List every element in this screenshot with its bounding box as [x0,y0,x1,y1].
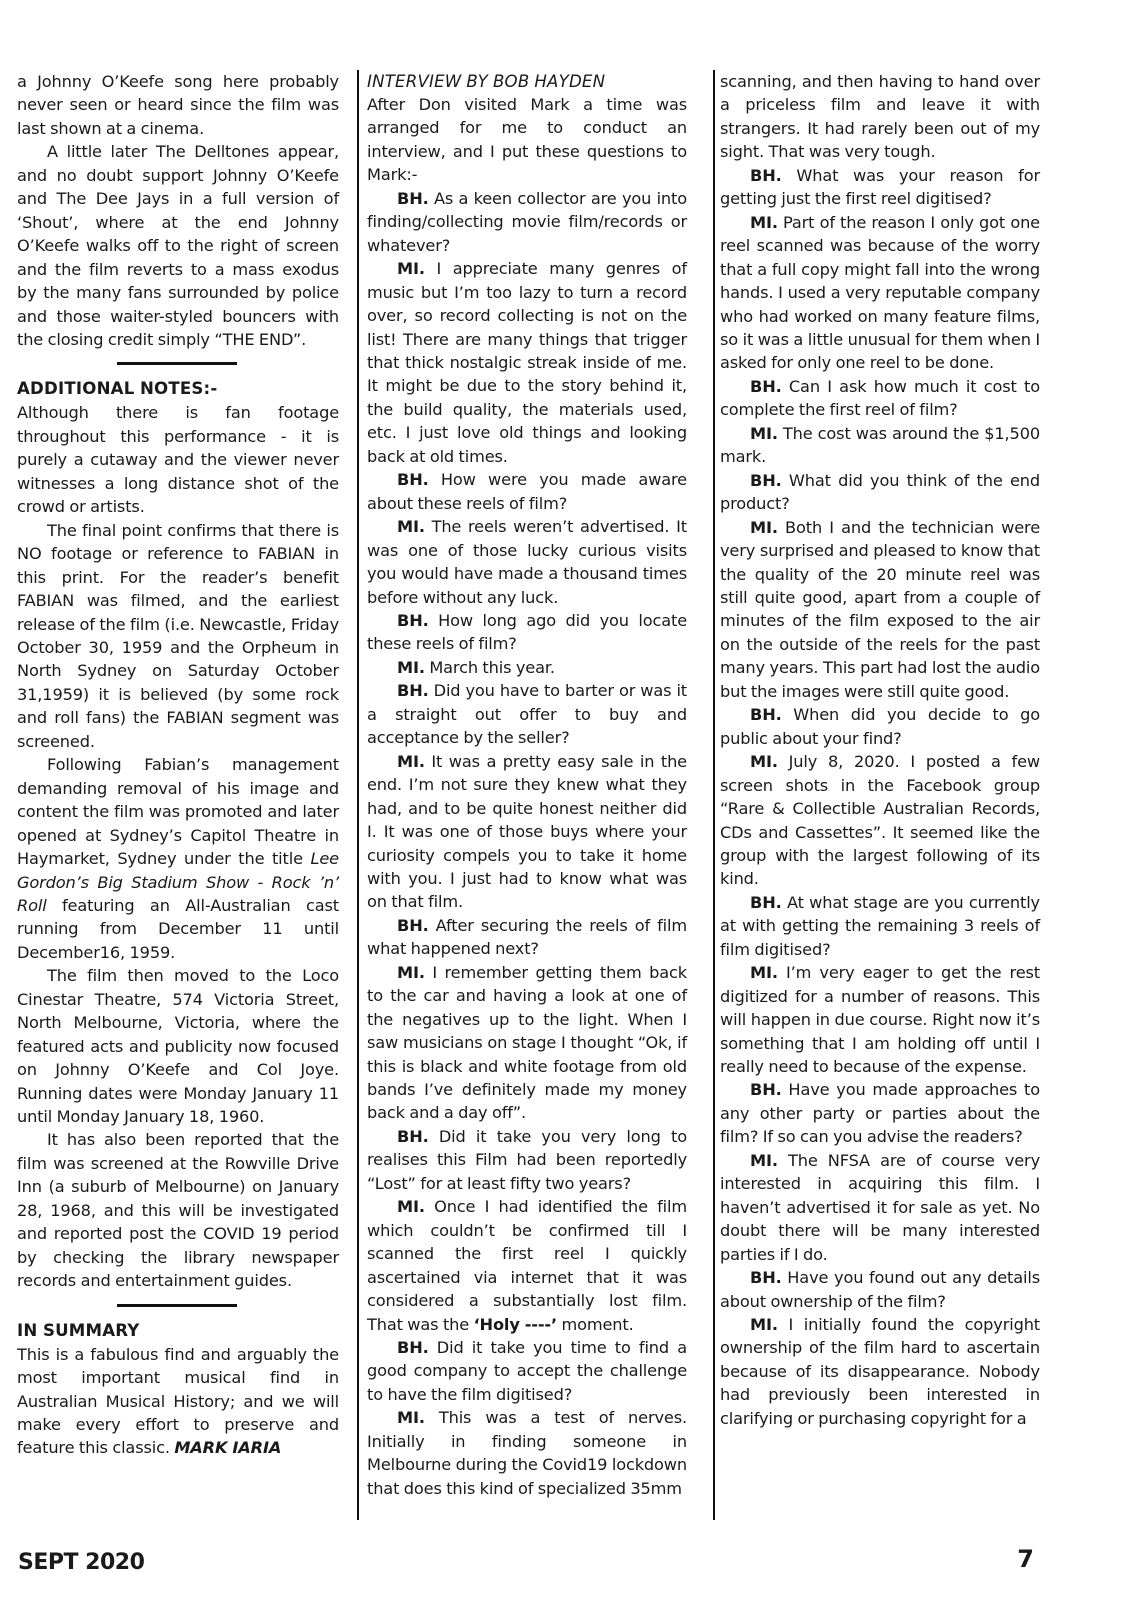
speaker-label: MI. [750,213,778,232]
speaker-label: BH. [397,681,429,700]
paragraph: The final point confirms that there is N… [17,519,339,754]
speaker-label: MI. [397,259,425,278]
paragraph: It has also been reported that the film … [17,1128,339,1292]
speaker-label: MI. [750,424,778,443]
qa-question: BH. As a keen collector are you into fin… [367,187,687,257]
qa-answer: MI. It was a pretty easy sale in the end… [367,750,687,914]
speaker-label: BH. [750,166,782,185]
speaker-label: MI. [750,752,778,771]
speaker-label: BH. [750,471,782,490]
interview-qa-list: BH. Did it take you time to find a good … [367,1336,687,1500]
qa-question: BH. How long ago did you locate these re… [367,609,687,656]
qa-question: BH. What was your reason for getting jus… [720,164,1040,211]
qa-question: BH. At what stage are you currently at w… [720,891,1040,961]
speaker-label: BH. [397,1127,429,1146]
speaker-label: MI. [750,518,778,537]
speaker-label: MI. [397,517,425,536]
qa-question: BH. Did it take you time to find a good … [367,1336,687,1406]
speaker-label: MI. [397,752,425,771]
column-1: a Johnny O’Keefe song here probably neve… [17,70,339,1460]
qa-question: BH. Can I ask how much it cost to comple… [720,375,1040,422]
speaker-label: BH. [750,705,782,724]
speaker-label: MI. [750,963,778,982]
column-3: scanning, and then having to hand over a… [720,70,1040,1430]
column-2: INTERVIEW BY BOB HAYDEN After Don visite… [367,70,687,1500]
paragraph: Following Fabian’s management demanding … [17,753,339,964]
paragraph: This is a fabulous find and arguably the… [17,1343,339,1460]
qa-question: BH. What did you think of the end produc… [720,469,1040,516]
qa-answer: MI. Both I and the technician were very … [720,516,1040,704]
speaker-label: BH. [397,916,429,935]
qa-question: BH. How were you made aware about these … [367,468,687,515]
speaker-label: MI. [397,658,425,677]
qa-question: BH. After securing the reels of film wha… [367,914,687,961]
page-number: 7 [1017,1545,1034,1573]
additional-notes-heading: ADDITIONAL NOTES:- [17,377,339,401]
qa-question: BH. Did you have to barter or was it a s… [367,679,687,749]
qa-answer: MI. The cost was around the $1,500 mark. [720,422,1040,469]
qa-question: BH. Did it take you very long to realise… [367,1125,687,1195]
speaker-label: BH. [750,1080,782,1099]
paragraph: After Don visited Mark a time was arrang… [367,93,687,187]
speaker-label: MI. [750,1151,778,1170]
author-signature: MARK IARIA [174,1438,281,1457]
column-divider [713,70,715,1520]
speaker-label: MI. [397,1197,425,1216]
qa-answer: MI. This was a test of nerves. Initially… [367,1406,687,1500]
qa-answer: MI. Part of the reason I only got one re… [720,211,1040,375]
paragraph: Although there is fan footage throughout… [17,401,339,518]
speaker-label: BH. [397,189,429,208]
qa-answer: MI. I initially found the copyright owne… [720,1313,1040,1430]
magazine-page: a Johnny O’Keefe song here probably neve… [0,0,1129,1600]
qa-answer: MI. I’m very eager to get the rest digit… [720,961,1040,1078]
interview-qa-list: BH. As a keen collector are you into fin… [367,187,687,1195]
section-rule [117,1304,237,1307]
speaker-label: BH. [397,1338,429,1357]
column-divider [357,70,359,1520]
qa-question: BH. Have you found out any details about… [720,1266,1040,1313]
qa-answer: MI. March this year. [367,656,687,679]
paragraph: a Johnny O’Keefe song here probably neve… [17,70,339,140]
qa-answer: MI. Once I had identified the film which… [367,1195,687,1336]
qa-answer: MI. I appreciate many genres of music bu… [367,257,687,468]
qa-answer: MI. I remember getting them back to the … [367,961,687,1125]
qa-question: BH. Have you made approaches to any othe… [720,1078,1040,1148]
paragraph: The film then moved to the Loco Cinestar… [17,964,339,1128]
speaker-label: BH. [397,470,429,489]
interview-heading: INTERVIEW BY BOB HAYDEN [367,70,687,93]
paragraph: scanning, and then having to hand over a… [720,70,1040,164]
speaker-label: BH. [397,611,429,630]
speaker-label: BH. [750,377,782,396]
section-rule [117,362,237,365]
qa-answer: MI. July 8, 2020. I posted a few screen … [720,750,1040,891]
speaker-label: MI. [750,1315,778,1334]
speaker-label: MI. [397,963,425,982]
issue-date: SEPT 2020 [18,1550,144,1575]
speaker-label: MI. [397,1408,425,1427]
speaker-label: BH. [750,893,782,912]
speaker-label: BH. [750,1268,782,1287]
summary-heading: IN SUMMARY [17,1319,339,1343]
qa-answer: MI. The NFSA are of course very interest… [720,1149,1040,1266]
paragraph: A little later The Delltones appear, and… [17,140,339,351]
qa-answer: MI. The reels weren’t advertised. It was… [367,515,687,609]
interview-qa-list: BH. What was your reason for getting jus… [720,164,1040,1430]
qa-question: BH. When did you decide to go public abo… [720,703,1040,750]
